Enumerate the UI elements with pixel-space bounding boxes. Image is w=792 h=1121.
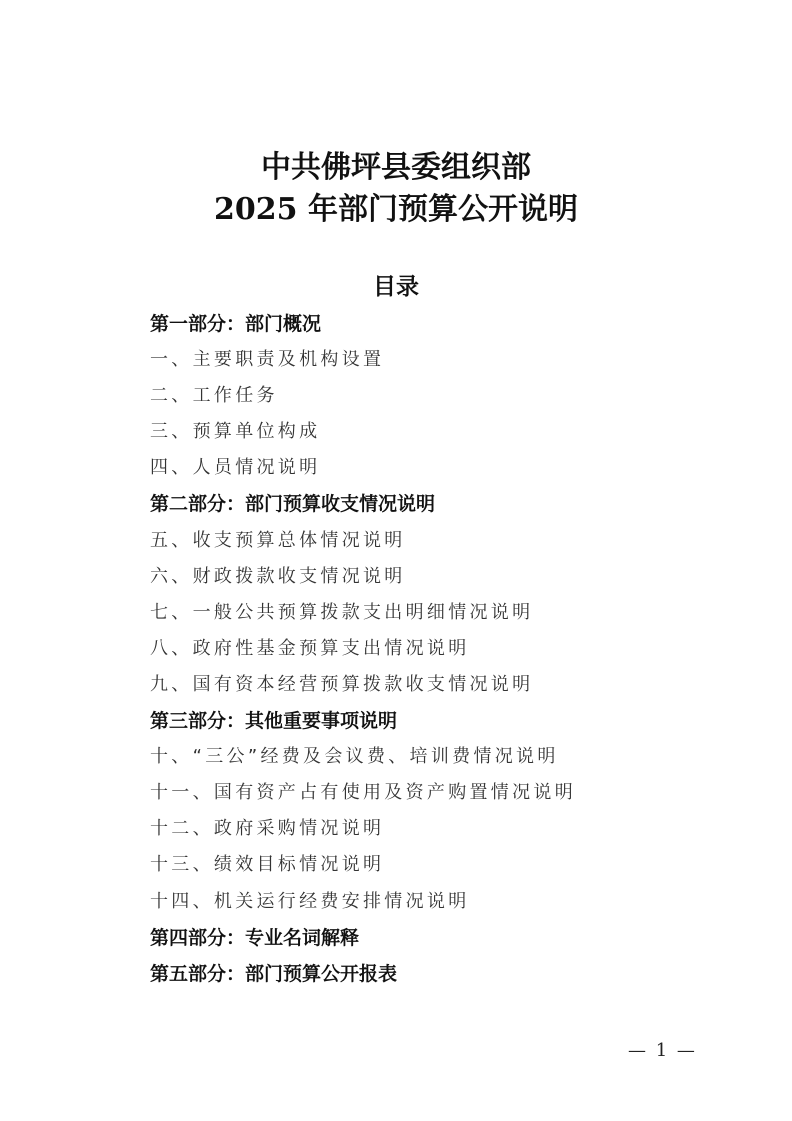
toc-item-7: 七、一般公共预算拨款支出明细情况说明 [150,595,576,631]
document-title-line2: 2025 年部门预算公开说明 [0,184,792,228]
toc-part-4: 第四部分：专业名词解释 [150,920,576,956]
toc-item-8: 八、政府性基金预算支出情况说明 [150,631,576,667]
toc-part-2: 第二部分：部门预算收支情况说明 [150,486,576,522]
toc-item-11: 十一、国有资产占有使用及资产购置情况说明 [150,775,576,811]
toc-item-2: 二、工作任务 [150,378,576,414]
toc-item-4: 四、人员情况说明 [150,450,576,486]
toc-item-9: 九、国有资本经营预算拨款收支情况说明 [150,667,576,703]
page-number: — 1 — [628,1040,697,1061]
table-of-contents: 第一部分：部门概况 一、主要职责及机构设置 二、工作任务 三、预算单位构成 四、… [150,306,576,992]
toc-heading: 目录 [0,268,792,301]
toc-part-3: 第三部分：其他重要事项说明 [150,703,576,739]
toc-item-10: 十、“三公”经费及会议费、培训费情况说明 [150,739,576,775]
toc-item-3: 三、预算单位构成 [150,414,576,450]
toc-item-14: 十四、机关运行经费安排情况说明 [150,884,576,920]
toc-item-12: 十二、政府采购情况说明 [150,811,576,847]
toc-part-1: 第一部分：部门概况 [150,306,576,342]
toc-item-5: 五、收支预算总体情况说明 [150,523,576,559]
toc-part-5: 第五部分：部门预算公开报表 [150,956,576,992]
toc-item-6: 六、财政拨款收支情况说明 [150,559,576,595]
document-title-line1: 中共佛坪县委组织部 [0,142,792,186]
toc-item-13: 十三、绩效目标情况说明 [150,847,576,883]
toc-item-1: 一、主要职责及机构设置 [150,342,576,378]
